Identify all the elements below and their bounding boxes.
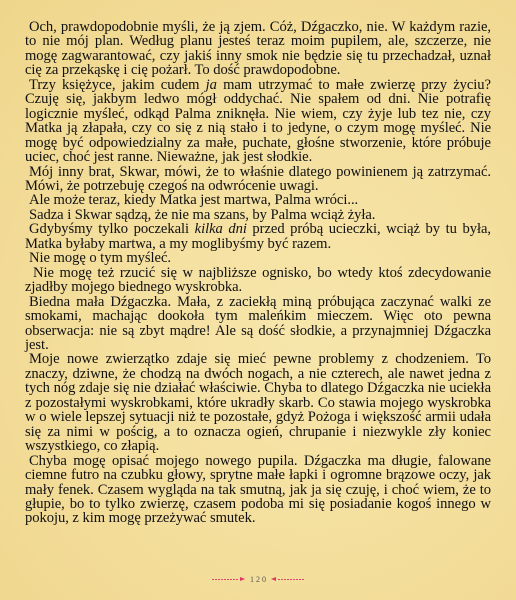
paragraph-3: Mój inny brat, Skwar, mówi, że to właśni… [25,165,491,194]
paragraph-7: Nie mogę o tym myśleć. [25,251,491,265]
page-number-ornament: 120 [0,573,516,585]
paragraph-10: Moje nowe zwierzątko zdaje się mieć pewn… [25,352,491,453]
paragraph-text: Och, prawdopodobnie myśli, że ją zjem. C… [25,19,491,78]
folio-right-dashed-rule [278,579,304,580]
paragraph-text: Mój inny brat, Skwar, mówi, że to właśni… [25,164,491,194]
paragraph-2: Trzy księżyce, jakim cudem ja mam utrzym… [25,78,491,165]
folio-right-arrow-icon [271,577,276,581]
folio-left-arrow-icon [240,577,245,581]
folio-left-dashed-rule [212,579,238,580]
book-page: Och, prawdopodobnie myśli, że ją zjem. C… [0,0,516,600]
paragraph-11: Chyba mogę opisać mojego nowego pupila. … [25,454,491,526]
paragraph-5: Sadza i Skwar sądzą, że nie ma szans, by… [25,208,491,222]
paragraph-text: Biedna mała Dźgaczka. Mała, z zaciekłą m… [25,294,491,353]
page-number: 120 [247,575,269,584]
paragraph-1: Och, prawdopodobnie myśli, że ją zjem. C… [25,20,491,78]
paragraph-9: Biedna mała Dźgaczka. Mała, z zaciekłą m… [25,295,491,353]
paragraph-8: Nie mogę też rzucić się w najbliższe ogn… [25,266,491,295]
paragraph-6: Gdybyśmy tylko poczekali kilka dni przed… [25,222,491,251]
paragraph-text: Moje nowe zwierzątko zdaje się mieć pewn… [25,351,491,454]
paragraph-text: Chyba mogę opisać mojego nowego pupila. … [25,453,491,527]
paragraph-text: Nie mogę też rzucić się w najbliższe ogn… [25,265,491,295]
paragraph-4: Ale może teraz, kiedy Matka jest martwa,… [25,193,491,207]
page-body-text: Och, prawdopodobnie myśli, że ją zjem. C… [25,20,491,526]
